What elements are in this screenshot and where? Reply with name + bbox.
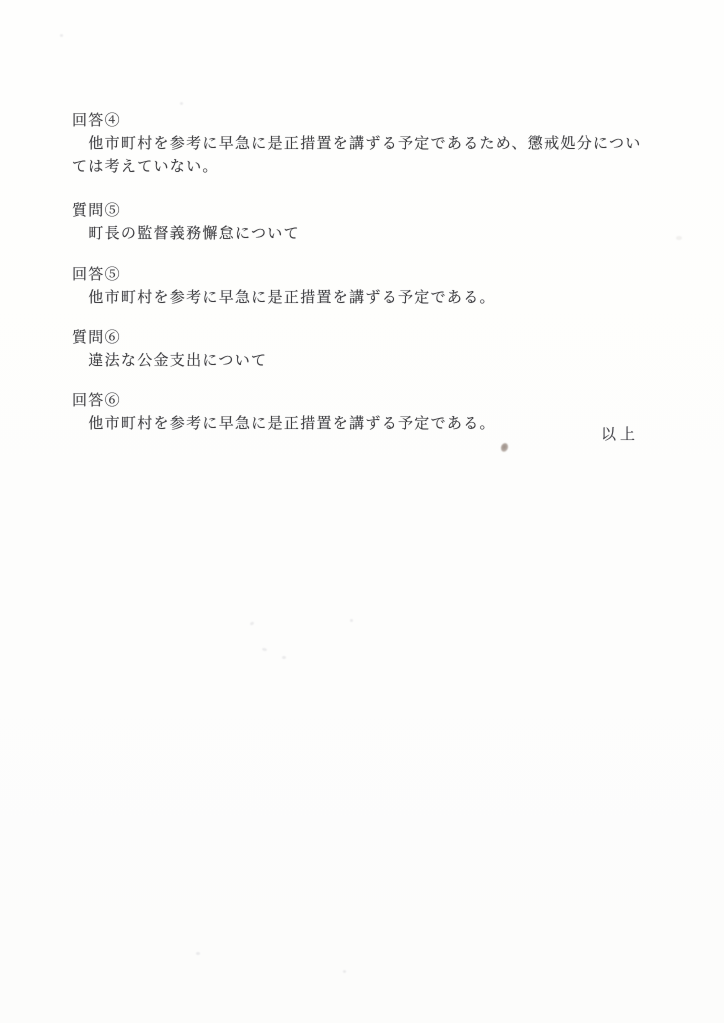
answer-4-body-line-2: ては考えていない。 — [72, 156, 662, 179]
question-5-body-line-1: 町長の監督義務懈怠について — [72, 223, 662, 246]
scan-speck — [60, 34, 63, 37]
answer-4-header: 回答④ — [72, 110, 662, 133]
scanned-document-page: 回答④ 他市町村を参考に早急に是正措置を講ずる予定であるため、懲戒処分につい て… — [0, 0, 724, 1023]
scan-speck — [250, 621, 255, 626]
question-6-section: 質問⑥ 違法な公金支出について — [72, 327, 662, 373]
scan-speck — [262, 647, 268, 651]
question-5-header: 質問⑤ — [72, 200, 662, 223]
answer-5-body-line-1: 他市町村を参考に早急に是正措置を講ずる予定である。 — [72, 287, 662, 310]
answer-5-header: 回答⑤ — [72, 264, 662, 287]
scan-speck — [180, 102, 183, 105]
answer-6-header: 回答⑥ — [72, 390, 662, 413]
scan-speck — [500, 442, 510, 453]
answer-5-section: 回答⑤ 他市町村を参考に早急に是正措置を講ずる予定である。 — [72, 264, 662, 310]
scan-speck — [350, 619, 353, 622]
answer-6-body-line-1: 他市町村を参考に早急に是正措置を講ずる予定である。 — [72, 413, 662, 436]
scan-speck — [676, 236, 682, 240]
scan-speck — [196, 952, 200, 955]
question-5-section: 質問⑤ 町長の監督義務懈怠について — [72, 200, 662, 246]
question-6-body-line-1: 違法な公金支出について — [72, 350, 662, 373]
scan-speck — [282, 656, 286, 659]
answer-6-section: 回答⑥ 他市町村を参考に早急に是正措置を講ずる予定である。 — [72, 390, 662, 436]
scan-speck — [343, 970, 346, 973]
closing-statement: 以上 — [601, 424, 639, 447]
answer-4-body-line-1: 他市町村を参考に早急に是正措置を講ずる予定であるため、懲戒処分につい — [72, 133, 662, 156]
answer-4-section: 回答④ 他市町村を参考に早急に是正措置を講ずる予定であるため、懲戒処分につい て… — [72, 110, 662, 179]
question-6-header: 質問⑥ — [72, 327, 662, 350]
